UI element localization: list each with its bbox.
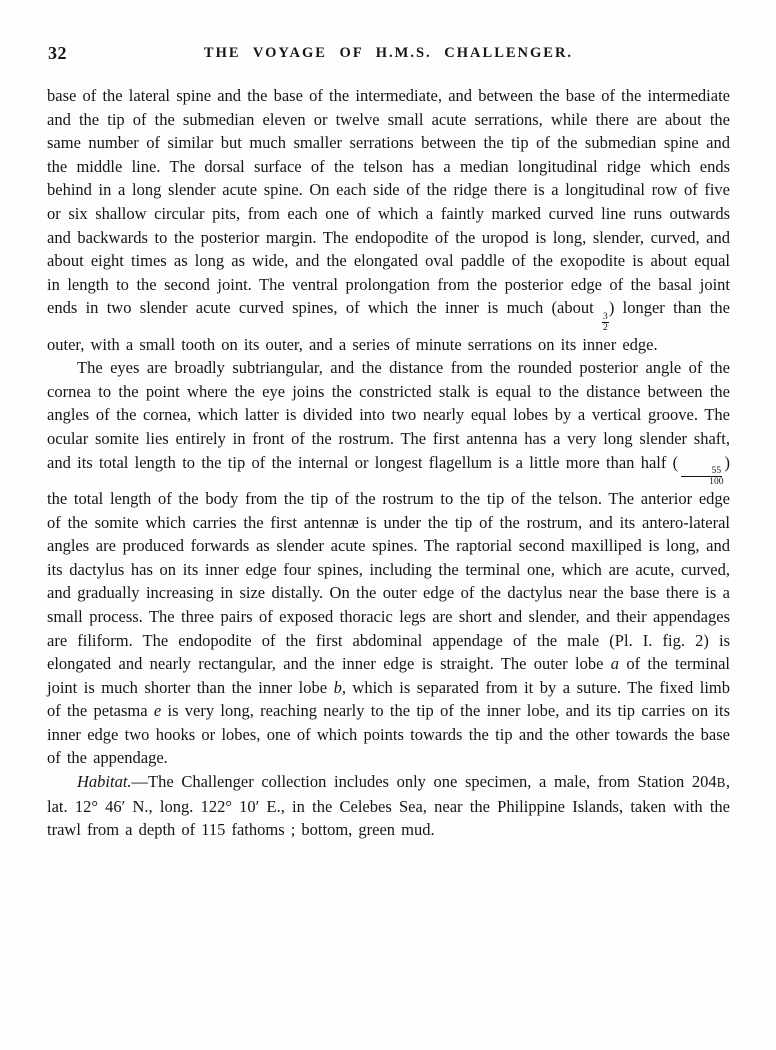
body-text: The eyes are broadly subtriangular, and … xyxy=(47,358,730,471)
body-text: —The Challenger collection includes only… xyxy=(132,772,717,791)
body-text: ) the total length of the body from the … xyxy=(47,453,730,673)
stacked-fraction: 55100 xyxy=(678,466,724,487)
stacked-fraction: 32 xyxy=(602,312,609,333)
book-page: 32 THE VOYAGE OF H.M.S. CHALLENGER. base… xyxy=(0,0,776,1050)
paragraph: The eyes are broadly subtriangular, and … xyxy=(47,356,730,770)
italic-text: b xyxy=(334,678,342,697)
page-number: 32 xyxy=(48,43,67,64)
body-text: base of the lateral spine and the base o… xyxy=(47,86,730,317)
paragraph: base of the lateral spine and the base o… xyxy=(47,84,730,356)
small-cap-text: B xyxy=(717,775,726,790)
page-header: 32 THE VOYAGE OF H.M.S. CHALLENGER. xyxy=(47,42,730,68)
paragraph: Habitat.—The Challenger collection inclu… xyxy=(47,770,730,842)
italic-text: a xyxy=(611,654,619,673)
running-head: THE VOYAGE OF H.M.S. CHALLENGER. xyxy=(47,42,730,62)
page-body: base of the lateral spine and the base o… xyxy=(47,84,730,842)
italic-text: Habitat. xyxy=(77,772,132,791)
